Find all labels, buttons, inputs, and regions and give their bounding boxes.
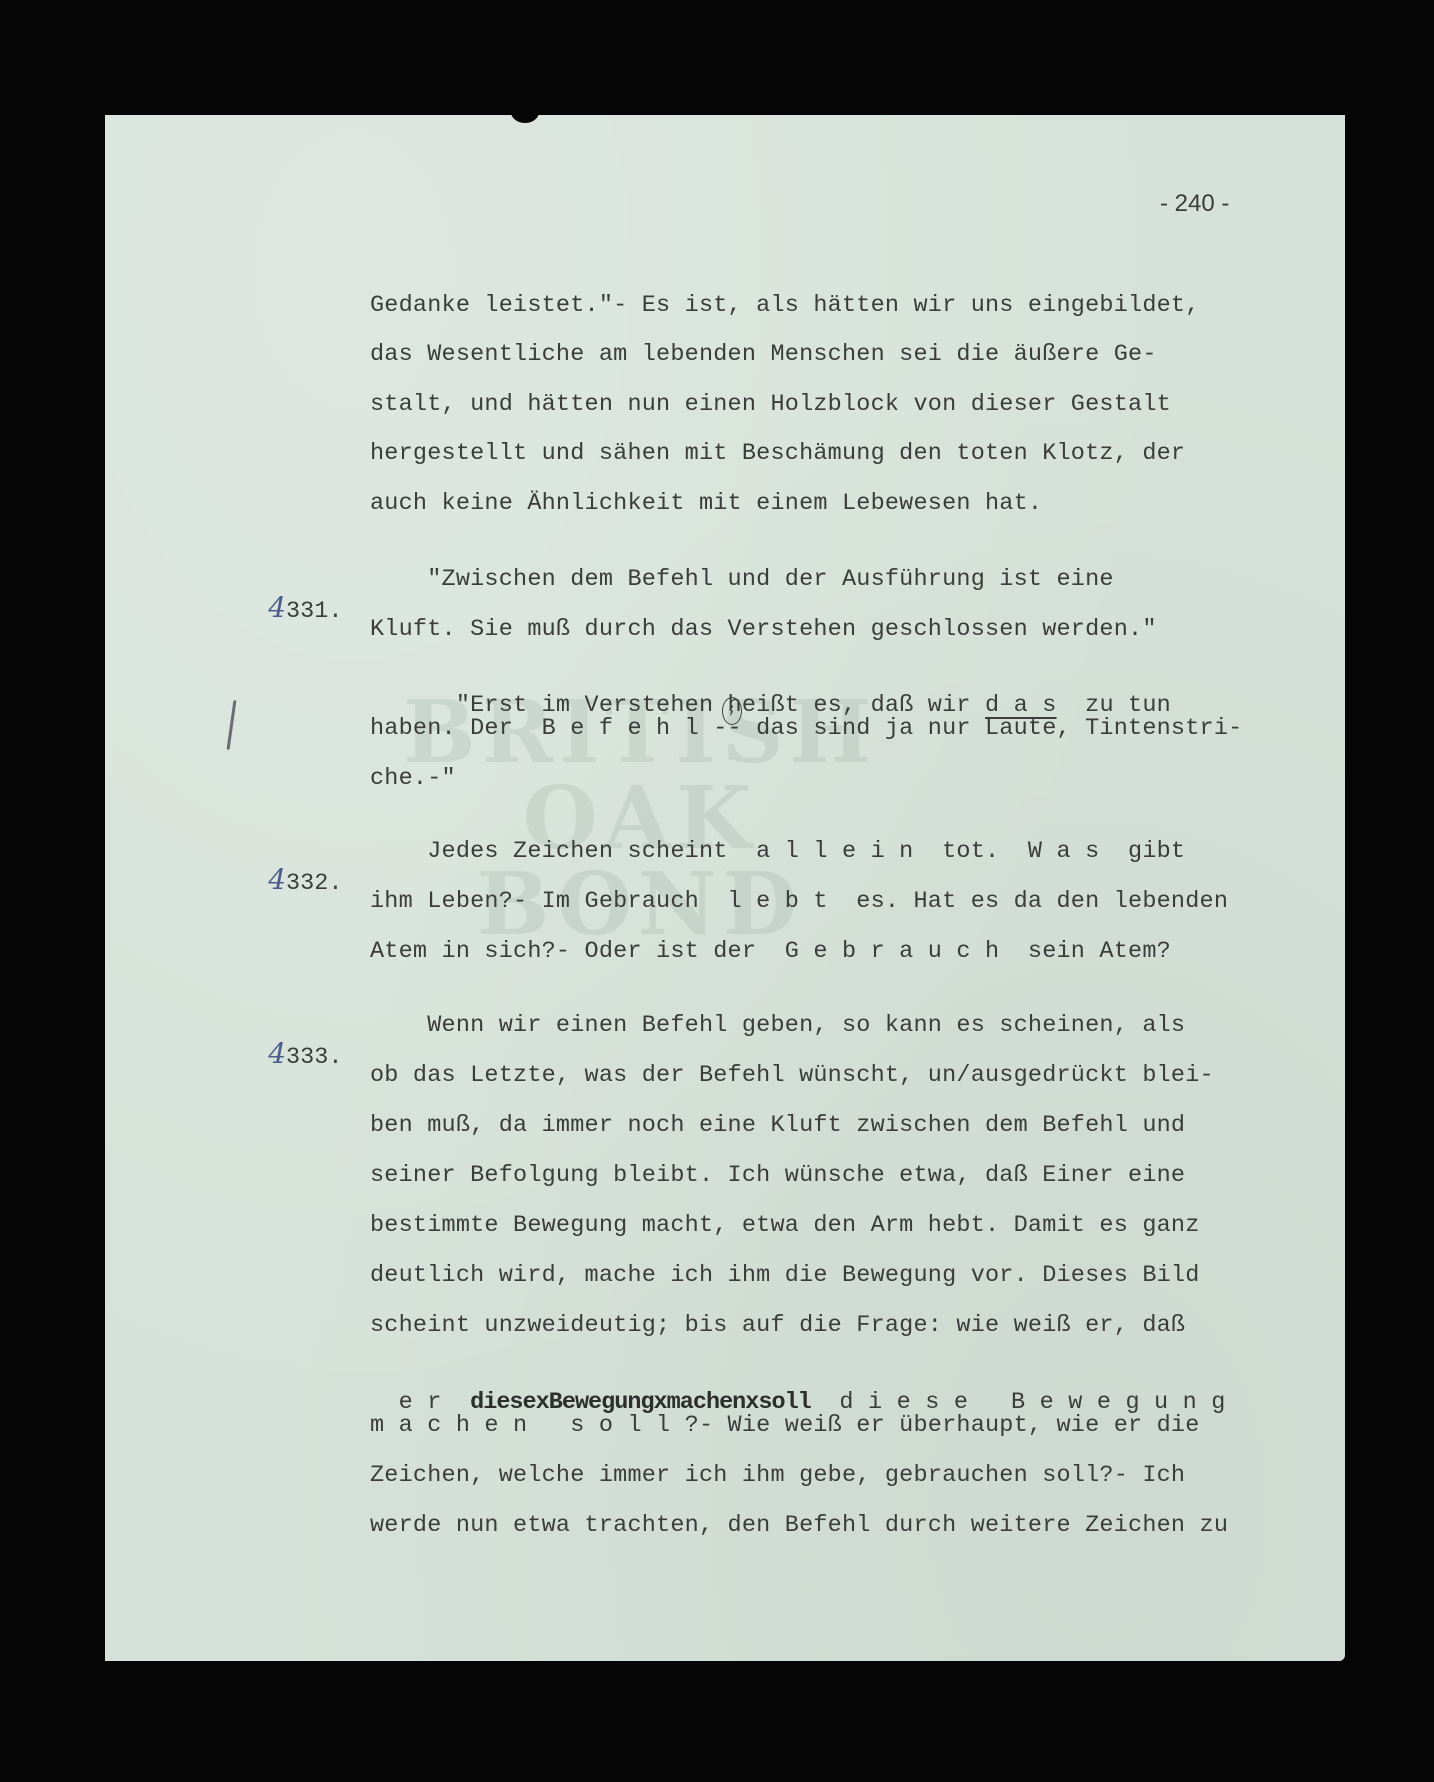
typed-number: 331.: [286, 598, 342, 625]
text-line: m a c h e n s o l l ?- Wie weiß er überh…: [370, 1412, 1200, 1439]
text-line: haben. Der B e f e h l -- das sind ja nu…: [370, 715, 1242, 742]
text-line: auch keine Ähnlichkeit mit einem Lebewes…: [370, 490, 1042, 517]
handwritten-number: 4: [268, 1037, 286, 1070]
text-line: werde nun etwa trachten, den Befehl durc…: [370, 1512, 1228, 1539]
handwritten-number: 4: [268, 863, 286, 896]
text-line: scheint unzweideutig; bis auf die Frage:…: [370, 1312, 1185, 1339]
text-line: deutlich wird, mache ich ihm die Bewegun…: [370, 1262, 1200, 1289]
text-line: Atem in sich?- Oder ist der G e b r a u …: [370, 938, 1171, 965]
typed-number: 333.: [286, 1044, 342, 1071]
text-line: das Wesentliche am lebenden Menschen sei…: [370, 341, 1157, 368]
page-number: - 240 -: [1160, 190, 1229, 218]
text-line: hergestellt und sähen mit Beschämung den…: [370, 440, 1185, 467]
text-line: bestimmte Bewegung macht, etwa den Arm h…: [370, 1212, 1200, 1239]
text-line: ben muß, da immer noch eine Kluft zwisch…: [370, 1112, 1185, 1139]
text-line: seiner Befolgung bleibt. Ich wünsche etw…: [370, 1162, 1185, 1189]
handwritten-number: 4: [268, 591, 286, 624]
paper-notch: [510, 109, 540, 123]
text-line: Kluft. Sie muß durch das Verstehen gesch…: [370, 616, 1157, 643]
text-line: Wenn wir einen Befehl geben, so kann es …: [370, 1012, 1185, 1039]
text-line: Zeichen, welche immer ich ihm gebe, gebr…: [370, 1462, 1185, 1489]
text-line: Gedanke leistet."- Es ist, als hätten wi…: [370, 292, 1200, 319]
typed-number: 332.: [286, 870, 342, 897]
text-line: "Zwischen dem Befehl und der Ausführung …: [370, 566, 1114, 593]
text-line: "Erst im Verstehen heißt es, daß wir d a…: [370, 665, 1171, 719]
section-number-433: 4333.: [240, 1010, 342, 1071]
section-number-432: 4332.: [240, 836, 342, 897]
text-line: stalt, und hätten nun einen Holzblock vo…: [370, 391, 1171, 418]
section-number-431: 4331.: [240, 564, 342, 625]
text-line: ob das Letzte, was der Befehl wünscht, u…: [370, 1062, 1214, 1089]
text-line: e r diesexBewegungxmachenxsoll d i e s e…: [370, 1362, 1226, 1416]
text-line: ihm Leben?- Im Gebrauch l e b t es. Hat …: [370, 888, 1228, 915]
text-line: che.-": [370, 765, 456, 792]
text-line: Jedes Zeichen scheint a l l e i n tot. W…: [370, 838, 1185, 865]
